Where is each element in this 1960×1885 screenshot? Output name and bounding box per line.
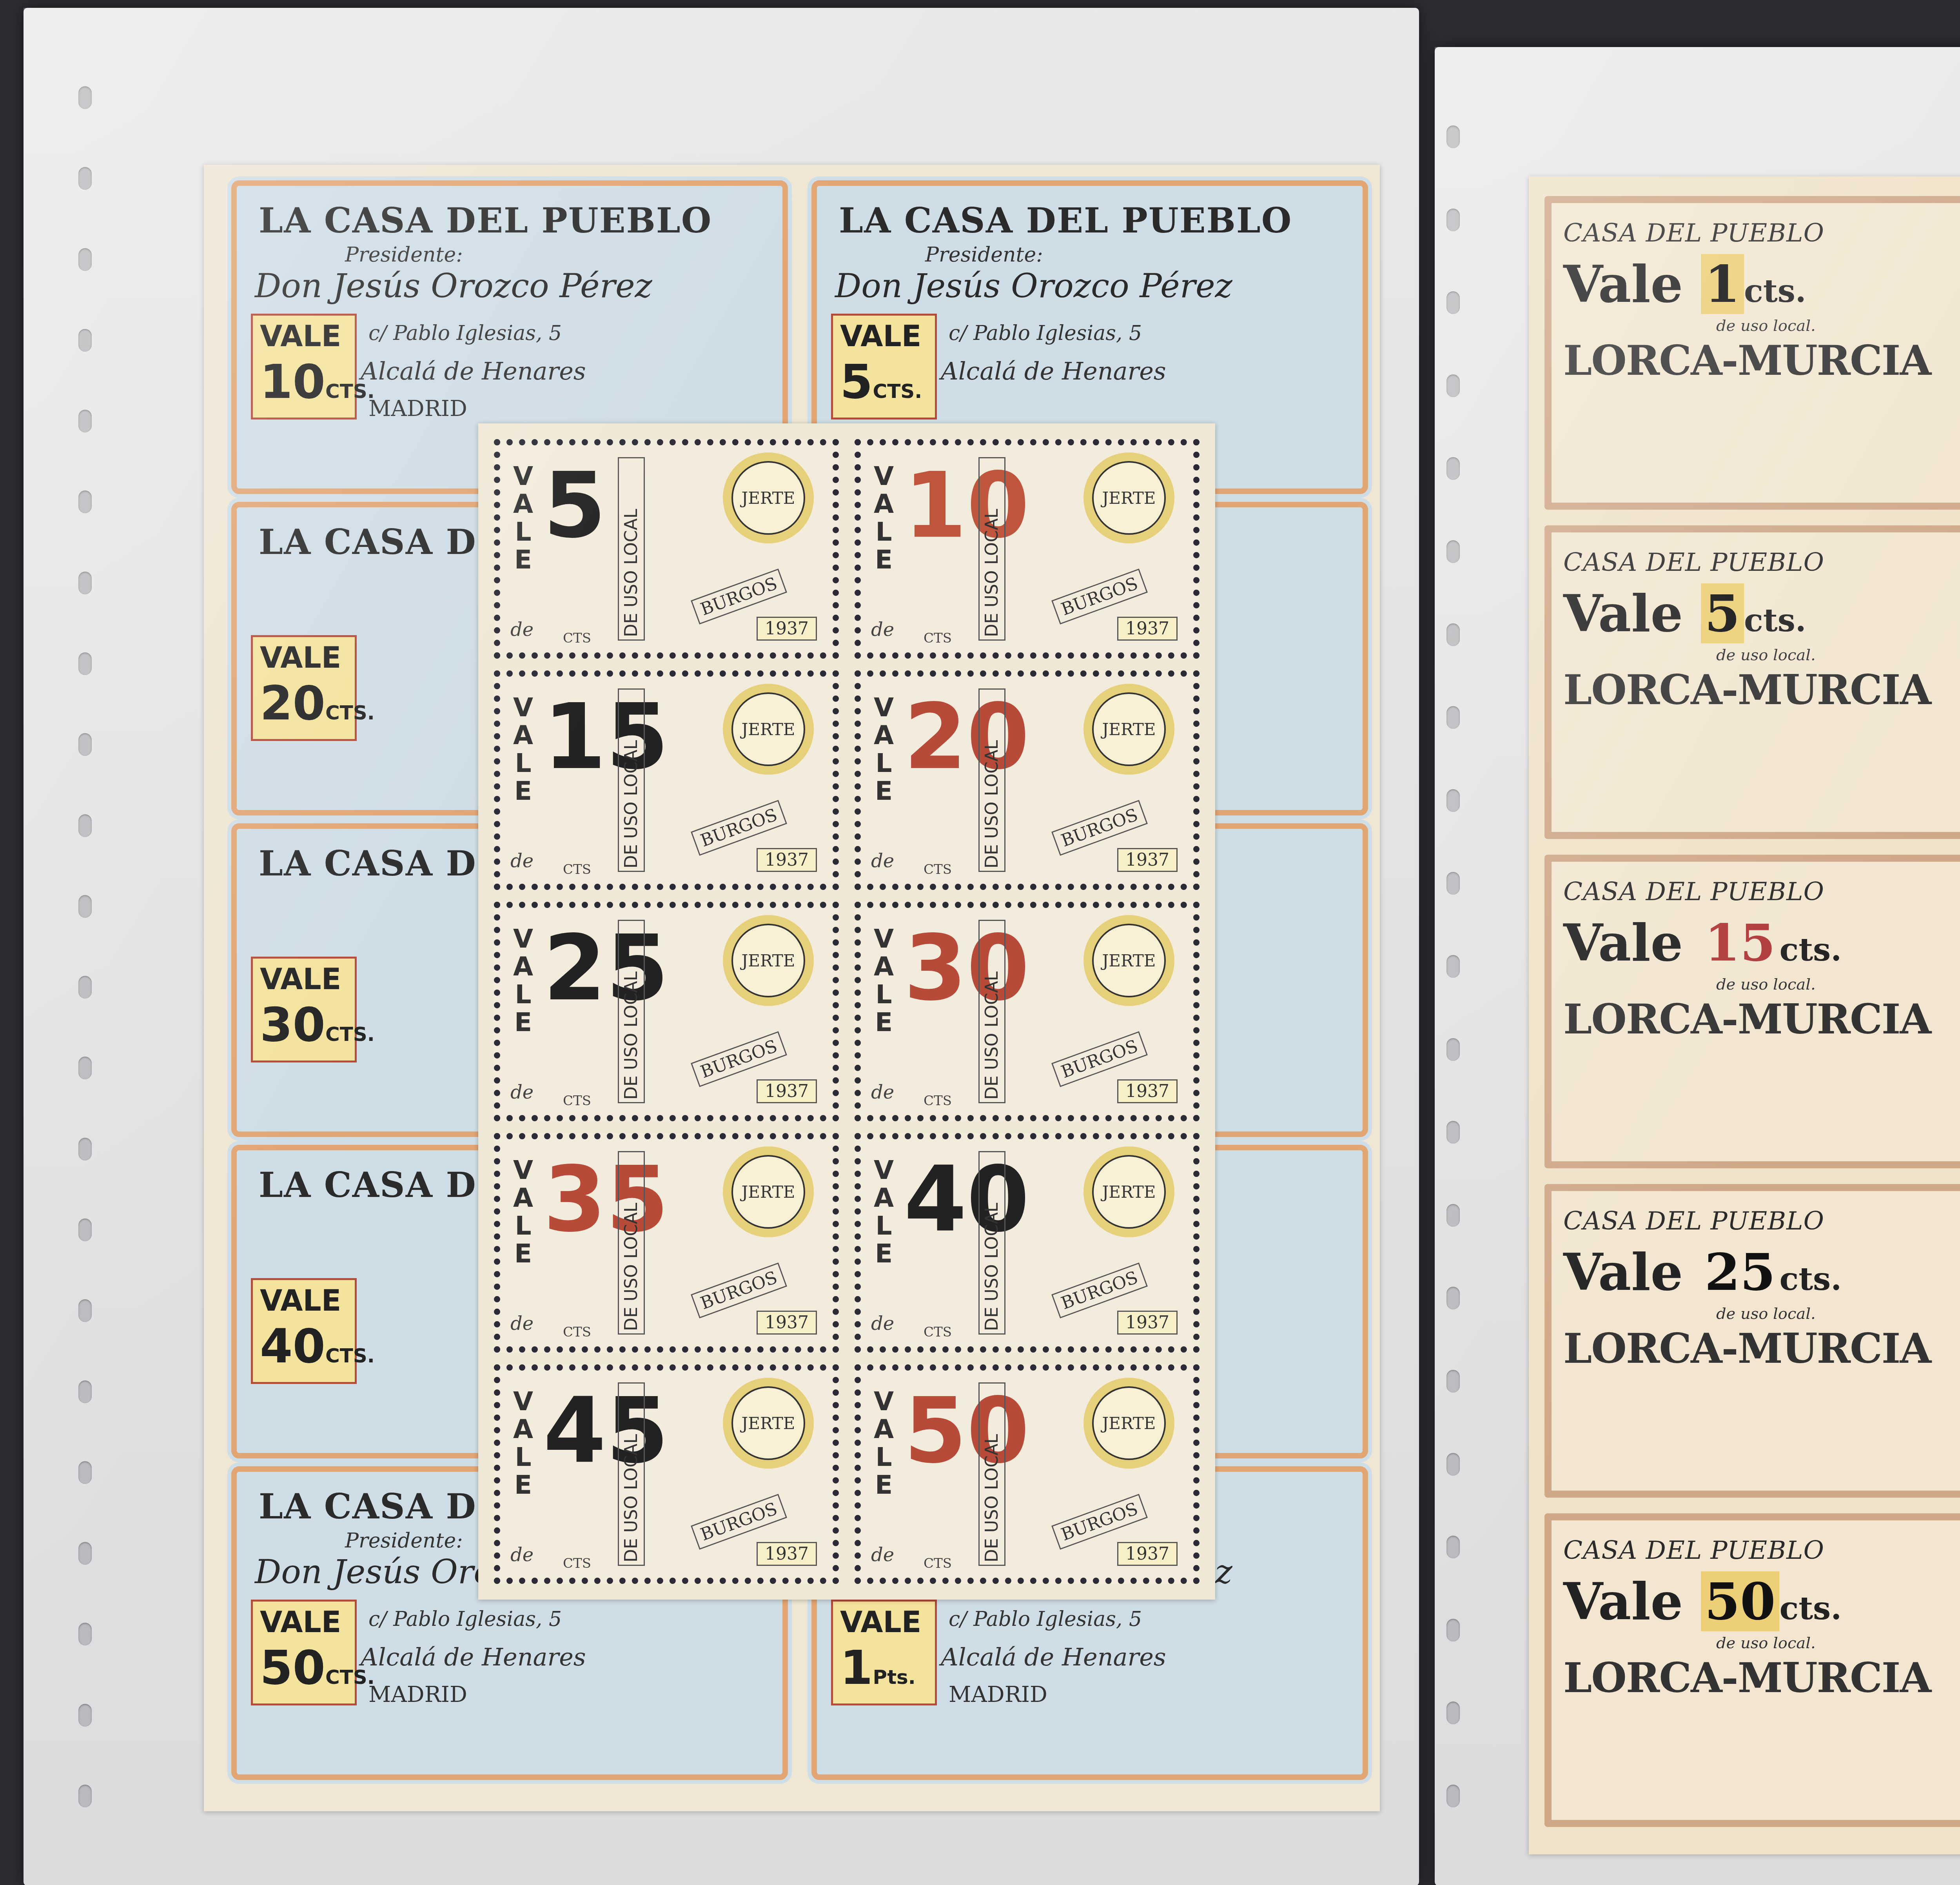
issuer: LA CASA DEL PUEBLO: [839, 200, 1348, 241]
vale-label: VALE: [260, 962, 341, 996]
voucher-lorca: CASA DEL PUEBLOVale 15cts.de uso local.L…: [1544, 855, 1960, 1168]
binder-hole: [1446, 1370, 1460, 1393]
issuer: LA CASA DEL PUEBLO: [259, 200, 768, 241]
voucher-burgos: VALEde50CTSDE USO LOCALJERTEBURGOS1937: [855, 1364, 1200, 1584]
binder-hole: [1446, 872, 1460, 895]
voucher-burgos: VALEde35CTSDE USO LOCALJERTEBURGOS1937: [494, 1133, 839, 1353]
amount: 30CTS.: [260, 998, 375, 1052]
vale-label: VALE: [840, 1605, 921, 1639]
amount: 20CTS.: [260, 676, 375, 731]
sun-emblem: JERTE: [731, 461, 805, 535]
voucher-burgos: VALEde5CTSDE USO LOCALJERTEBURGOS1937: [494, 439, 839, 659]
binder-hole: [78, 410, 92, 432]
binder-hole: [1446, 1204, 1460, 1227]
value-box: VALE 50CTS.: [251, 1600, 357, 1705]
voucher-burgos: VALEde15CTSDE USO LOCALJERTEBURGOS1937: [494, 670, 839, 890]
vale-label: VALE: [260, 1284, 341, 1318]
binder-hole: [78, 652, 92, 675]
voucher-burgos: VALEde20CTSDE USO LOCALJERTEBURGOS1937: [855, 670, 1200, 890]
vale-label: VALE: [260, 320, 341, 353]
binder-hole: [78, 1461, 92, 1484]
binder-hole: [1446, 1702, 1460, 1724]
sun-emblem: JERTE: [731, 924, 805, 997]
binder-hole: [78, 1623, 92, 1645]
town: Alcalá de Henares: [941, 357, 1166, 385]
binder-hole: [1446, 955, 1460, 978]
burgos-voucher-sheet: VALEde5CTSDE USO LOCALJERTEBURGOS1937 VA…: [478, 423, 1215, 1600]
voucher-burgos: VALEde25CTSDE USO LOCALJERTEBURGOS1937: [494, 902, 839, 1121]
binder-hole: [78, 329, 92, 352]
sun-emblem: JERTE: [731, 1155, 805, 1229]
voucher-burgos: VALEde10CTSDE USO LOCALJERTEBURGOS1937: [855, 439, 1200, 659]
left-album-page: LA CASA DEL PUEBLO Presidente: Don Jesús…: [24, 8, 1419, 1885]
voucher-lorca: CASA DEL PUEBLOVale 25cts.de uso local.L…: [1544, 1184, 1960, 1498]
town: Alcalá de Henares: [361, 357, 586, 385]
binder-hole: [78, 1219, 92, 1241]
binder-hole: [1446, 1785, 1460, 1807]
binder-hole: [78, 1785, 92, 1807]
binder-hole: [78, 814, 92, 837]
sun-emblem: JERTE: [1092, 1155, 1166, 1229]
value-box: VALE 10CTS.: [251, 314, 357, 419]
binder-hole: [1446, 789, 1460, 812]
binder-hole: [78, 895, 92, 918]
president-name: Don Jesús Orozco Pérez: [255, 267, 652, 305]
binder-hole: [1446, 1453, 1460, 1476]
province: MADRID: [368, 396, 467, 421]
binder-hole: [78, 1542, 92, 1565]
lorca-voucher-sheet: CASA DEL PUEBLOVale 1cts.de uso local.LO…: [1529, 176, 1960, 1854]
town: Alcalá de Henares: [941, 1643, 1166, 1671]
binder-hole: [1446, 209, 1460, 231]
sun-emblem: JERTE: [731, 1386, 805, 1460]
vale-label: VALE: [260, 641, 341, 675]
sun-emblem: JERTE: [731, 692, 805, 766]
binder-hole: [1446, 1287, 1460, 1309]
address: c/ Pablo Iglesias, 5: [368, 321, 562, 345]
value-box: VALE 1Pts.: [831, 1600, 937, 1705]
binder-hole: [1446, 1536, 1460, 1558]
binder-hole: [1446, 540, 1460, 563]
binder-hole: [1446, 1619, 1460, 1642]
binder-holes: [78, 86, 102, 1807]
sun-emblem: JERTE: [1092, 692, 1166, 766]
binder-hole: [78, 1299, 92, 1322]
amount: 1Pts.: [840, 1641, 916, 1695]
president-label: Presidente:: [345, 243, 463, 267]
province: MADRID: [949, 1682, 1047, 1707]
binder-hole: [78, 1138, 92, 1160]
binder-hole: [1446, 1038, 1460, 1061]
binder-hole: [78, 733, 92, 756]
binder-hole: [78, 572, 92, 594]
address: c/ Pablo Iglesias, 5: [949, 321, 1142, 345]
value-box: VALE 30CTS.: [251, 957, 357, 1062]
binder-holes: [1446, 125, 1470, 1807]
voucher-burgos: VALEde45CTSDE USO LOCALJERTEBURGOS1937: [494, 1364, 839, 1584]
vale-label: VALE: [260, 1605, 341, 1639]
binder-hole: [1446, 374, 1460, 397]
binder-hole: [1446, 706, 1460, 729]
binder-hole: [78, 248, 92, 271]
voucher-burgos: VALEde40CTSDE USO LOCALJERTEBURGOS1937: [855, 1133, 1200, 1353]
value-box: VALE 40CTS.: [251, 1278, 357, 1384]
amount: 5CTS.: [840, 355, 922, 409]
amount: 50CTS.: [260, 1641, 375, 1695]
binder-hole: [1446, 1121, 1460, 1144]
binder-hole: [78, 1704, 92, 1727]
binder-hole: [1446, 623, 1460, 646]
province: MADRID: [368, 1682, 467, 1707]
binder-hole: [78, 86, 92, 109]
voucher-lorca: CASA DEL PUEBLOVale 50cts.de uso local.L…: [1544, 1513, 1960, 1827]
amount: 10CTS.: [260, 355, 375, 409]
amount: 40CTS.: [260, 1319, 375, 1374]
binder-hole: [1446, 291, 1460, 314]
address: c/ Pablo Iglesias, 5: [949, 1607, 1142, 1631]
president-label: Presidente:: [345, 1529, 463, 1553]
binder-hole: [78, 490, 92, 513]
president-label: Presidente:: [925, 243, 1043, 267]
voucher-lorca: CASA DEL PUEBLOVale 1cts.de uso local.LO…: [1544, 196, 1960, 510]
binder-hole: [1446, 457, 1460, 480]
sun-emblem: JERTE: [1092, 924, 1166, 997]
voucher-burgos: VALEde30CTSDE USO LOCALJERTEBURGOS1937: [855, 902, 1200, 1121]
town: Alcalá de Henares: [361, 1643, 586, 1671]
vale-label: VALE: [840, 320, 921, 353]
value-box: VALE 5CTS.: [831, 314, 937, 419]
value-box: VALE 20CTS.: [251, 635, 357, 741]
president-name: Don Jesús Orozco Pérez: [835, 267, 1232, 305]
binder-hole: [78, 167, 92, 190]
sun-emblem: JERTE: [1092, 1386, 1166, 1460]
voucher-lorca: CASA DEL PUEBLOVale 5cts.de uso local.LO…: [1544, 525, 1960, 839]
binder-hole: [78, 1057, 92, 1079]
sun-emblem: JERTE: [1092, 461, 1166, 535]
right-album-page: CASA DEL PUEBLOVale 1cts.de uso local.LO…: [1435, 47, 1960, 1885]
binder-hole: [1446, 125, 1460, 148]
binder-hole: [78, 976, 92, 999]
address: c/ Pablo Iglesias, 5: [368, 1607, 562, 1631]
binder-hole: [78, 1380, 92, 1403]
